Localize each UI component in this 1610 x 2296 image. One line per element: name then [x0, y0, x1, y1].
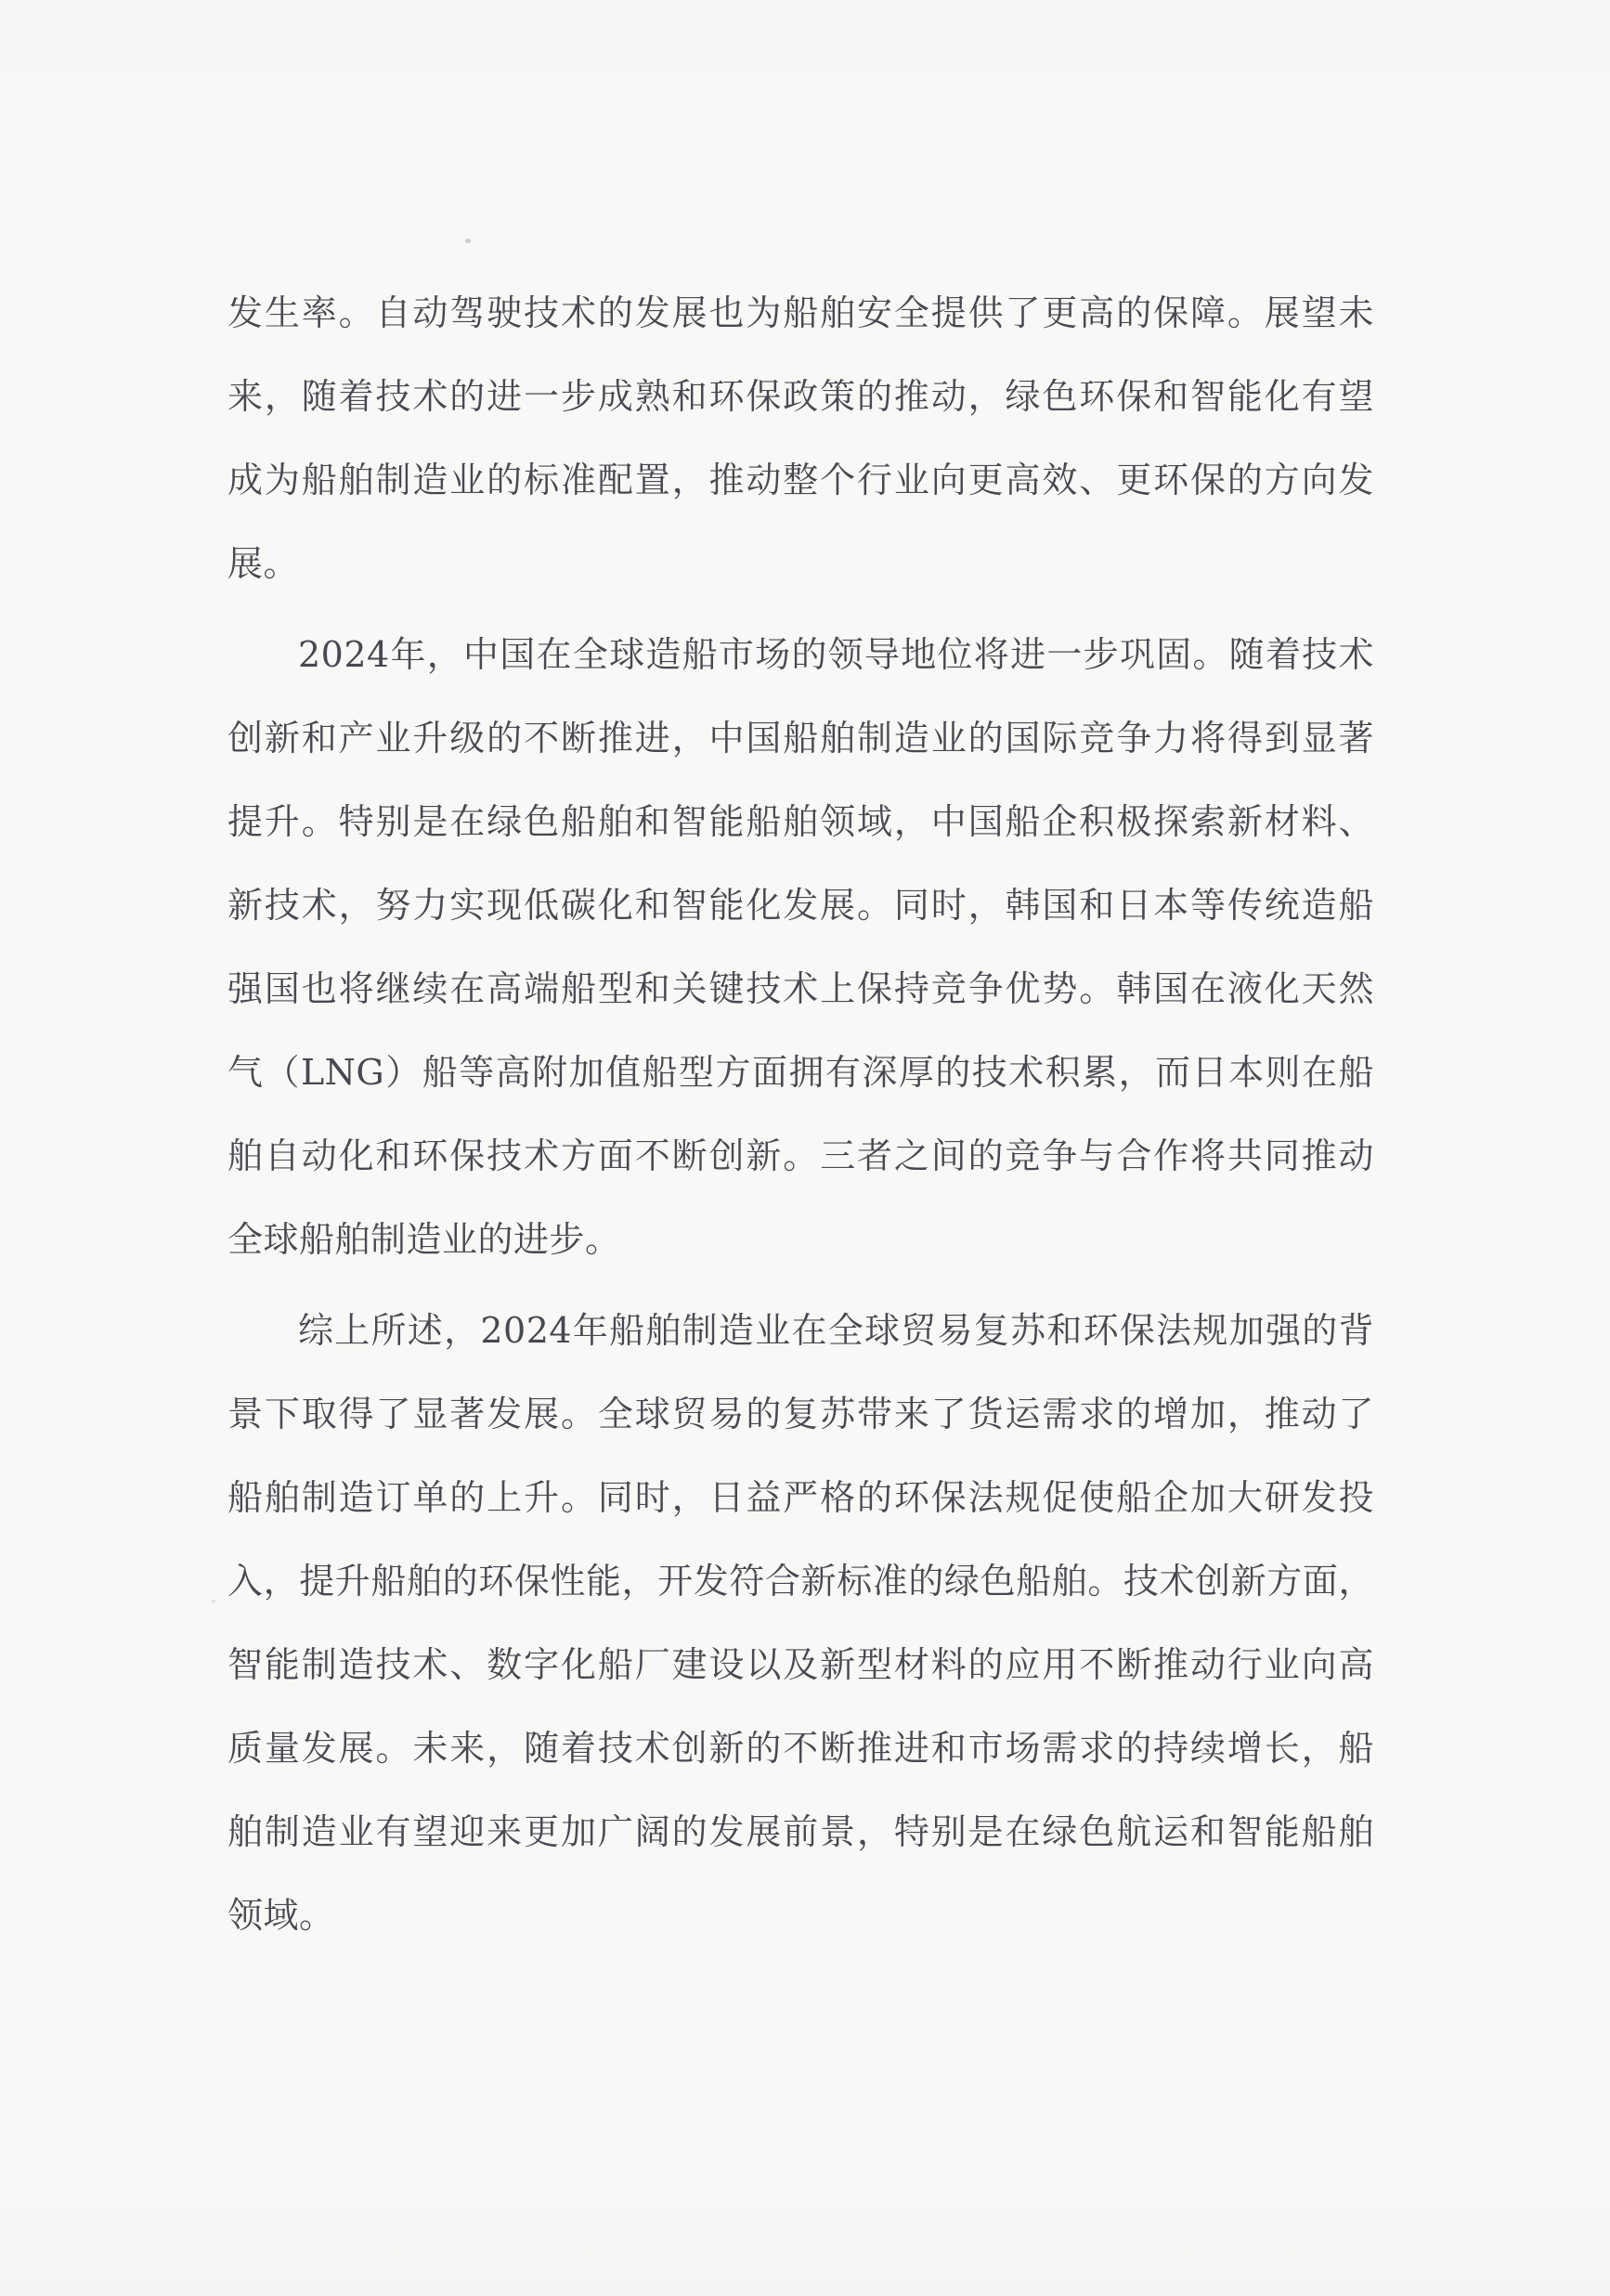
text-line: 入，提升船舶的环保性能，开发符合新标准的绿色船舶。技术创新方面， [227, 1539, 1374, 1623]
text-line: 提升。特别是在绿色船舶和智能船舶领域，中国船企积极探索新材料、 [227, 780, 1374, 863]
text-line: 质量发展。未来，随着技术创新的不断推进和市场需求的持续增长，船 [227, 1706, 1374, 1790]
text-line: 舶自动化和环保技术方面不断创新。三者之间的竞争与合作将共同推动 [227, 1114, 1374, 1198]
paragraph: 发生率。自动驾驶技术的发展也为船舶安全提供了更高的保障。展望未来，随着技术的进一… [227, 271, 1374, 605]
text-line: 船舶制造订单的上升。同时，日益严格的环保法规促使船企加大研发投 [227, 1456, 1374, 1539]
text-line: 气（LNG）船等高附加值船型方面拥有深厚的技术积累，而日本则在船 [227, 1031, 1374, 1114]
scan-speck [212, 1600, 215, 1603]
text-line: 来，随着技术的进一步成熟和环保政策的推动，绿色环保和智能化有望 [227, 355, 1374, 438]
text-line: 展。 [227, 522, 1374, 605]
text-line: 创新和产业升级的不断推进，中国船舶制造业的国际竞争力将得到显著 [227, 696, 1374, 780]
text-line: 发生率。自动驾驶技术的发展也为船舶安全提供了更高的保障。展望未 [227, 271, 1374, 355]
document-page: 发生率。自动驾驶技术的发展也为船舶安全提供了更高的保障。展望未来，随着技术的进一… [0, 0, 1610, 2296]
text-line: 景下取得了显著发展。全球贸易的复苏带来了货运需求的增加，推动了 [227, 1372, 1374, 1456]
paragraph: 综上所述，2024年船舶制造业在全球贸易复苏和环保法规加强的背景下取得了显著发展… [227, 1289, 1374, 1957]
text-line: 成为船舶制造业的标准配置，推动整个行业向更高效、更环保的方向发 [227, 438, 1374, 522]
text-line: 综上所述，2024年船舶制造业在全球贸易复苏和环保法规加强的背 [227, 1289, 1374, 1372]
text-line: 强国也将继续在高端船型和关键技术上保持竞争优势。韩国在液化天然 [227, 947, 1374, 1031]
scan-speck [465, 239, 471, 243]
text-line: 全球船舶制造业的进步。 [227, 1198, 1374, 1281]
text-line: 新技术，努力实现低碳化和智能化发展。同时，韩国和日本等传统造船 [227, 863, 1374, 947]
document-text: 发生率。自动驾驶技术的发展也为船舶安全提供了更高的保障。展望未来，随着技术的进一… [227, 271, 1374, 1957]
text-line: 智能制造技术、数字化船厂建设以及新型材料的应用不断推动行业向高 [227, 1623, 1374, 1706]
text-line: 舶制造业有望迎来更加广阔的发展前景，特别是在绿色航运和智能船舶 [227, 1790, 1374, 1874]
text-line: 领域。 [227, 1874, 1374, 1957]
paragraph: 2024年，中国在全球造船市场的领导地位将进一步巩固。随着技术创新和产业升级的不… [227, 613, 1374, 1281]
text-line: 2024年，中国在全球造船市场的领导地位将进一步巩固。随着技术 [227, 613, 1374, 696]
